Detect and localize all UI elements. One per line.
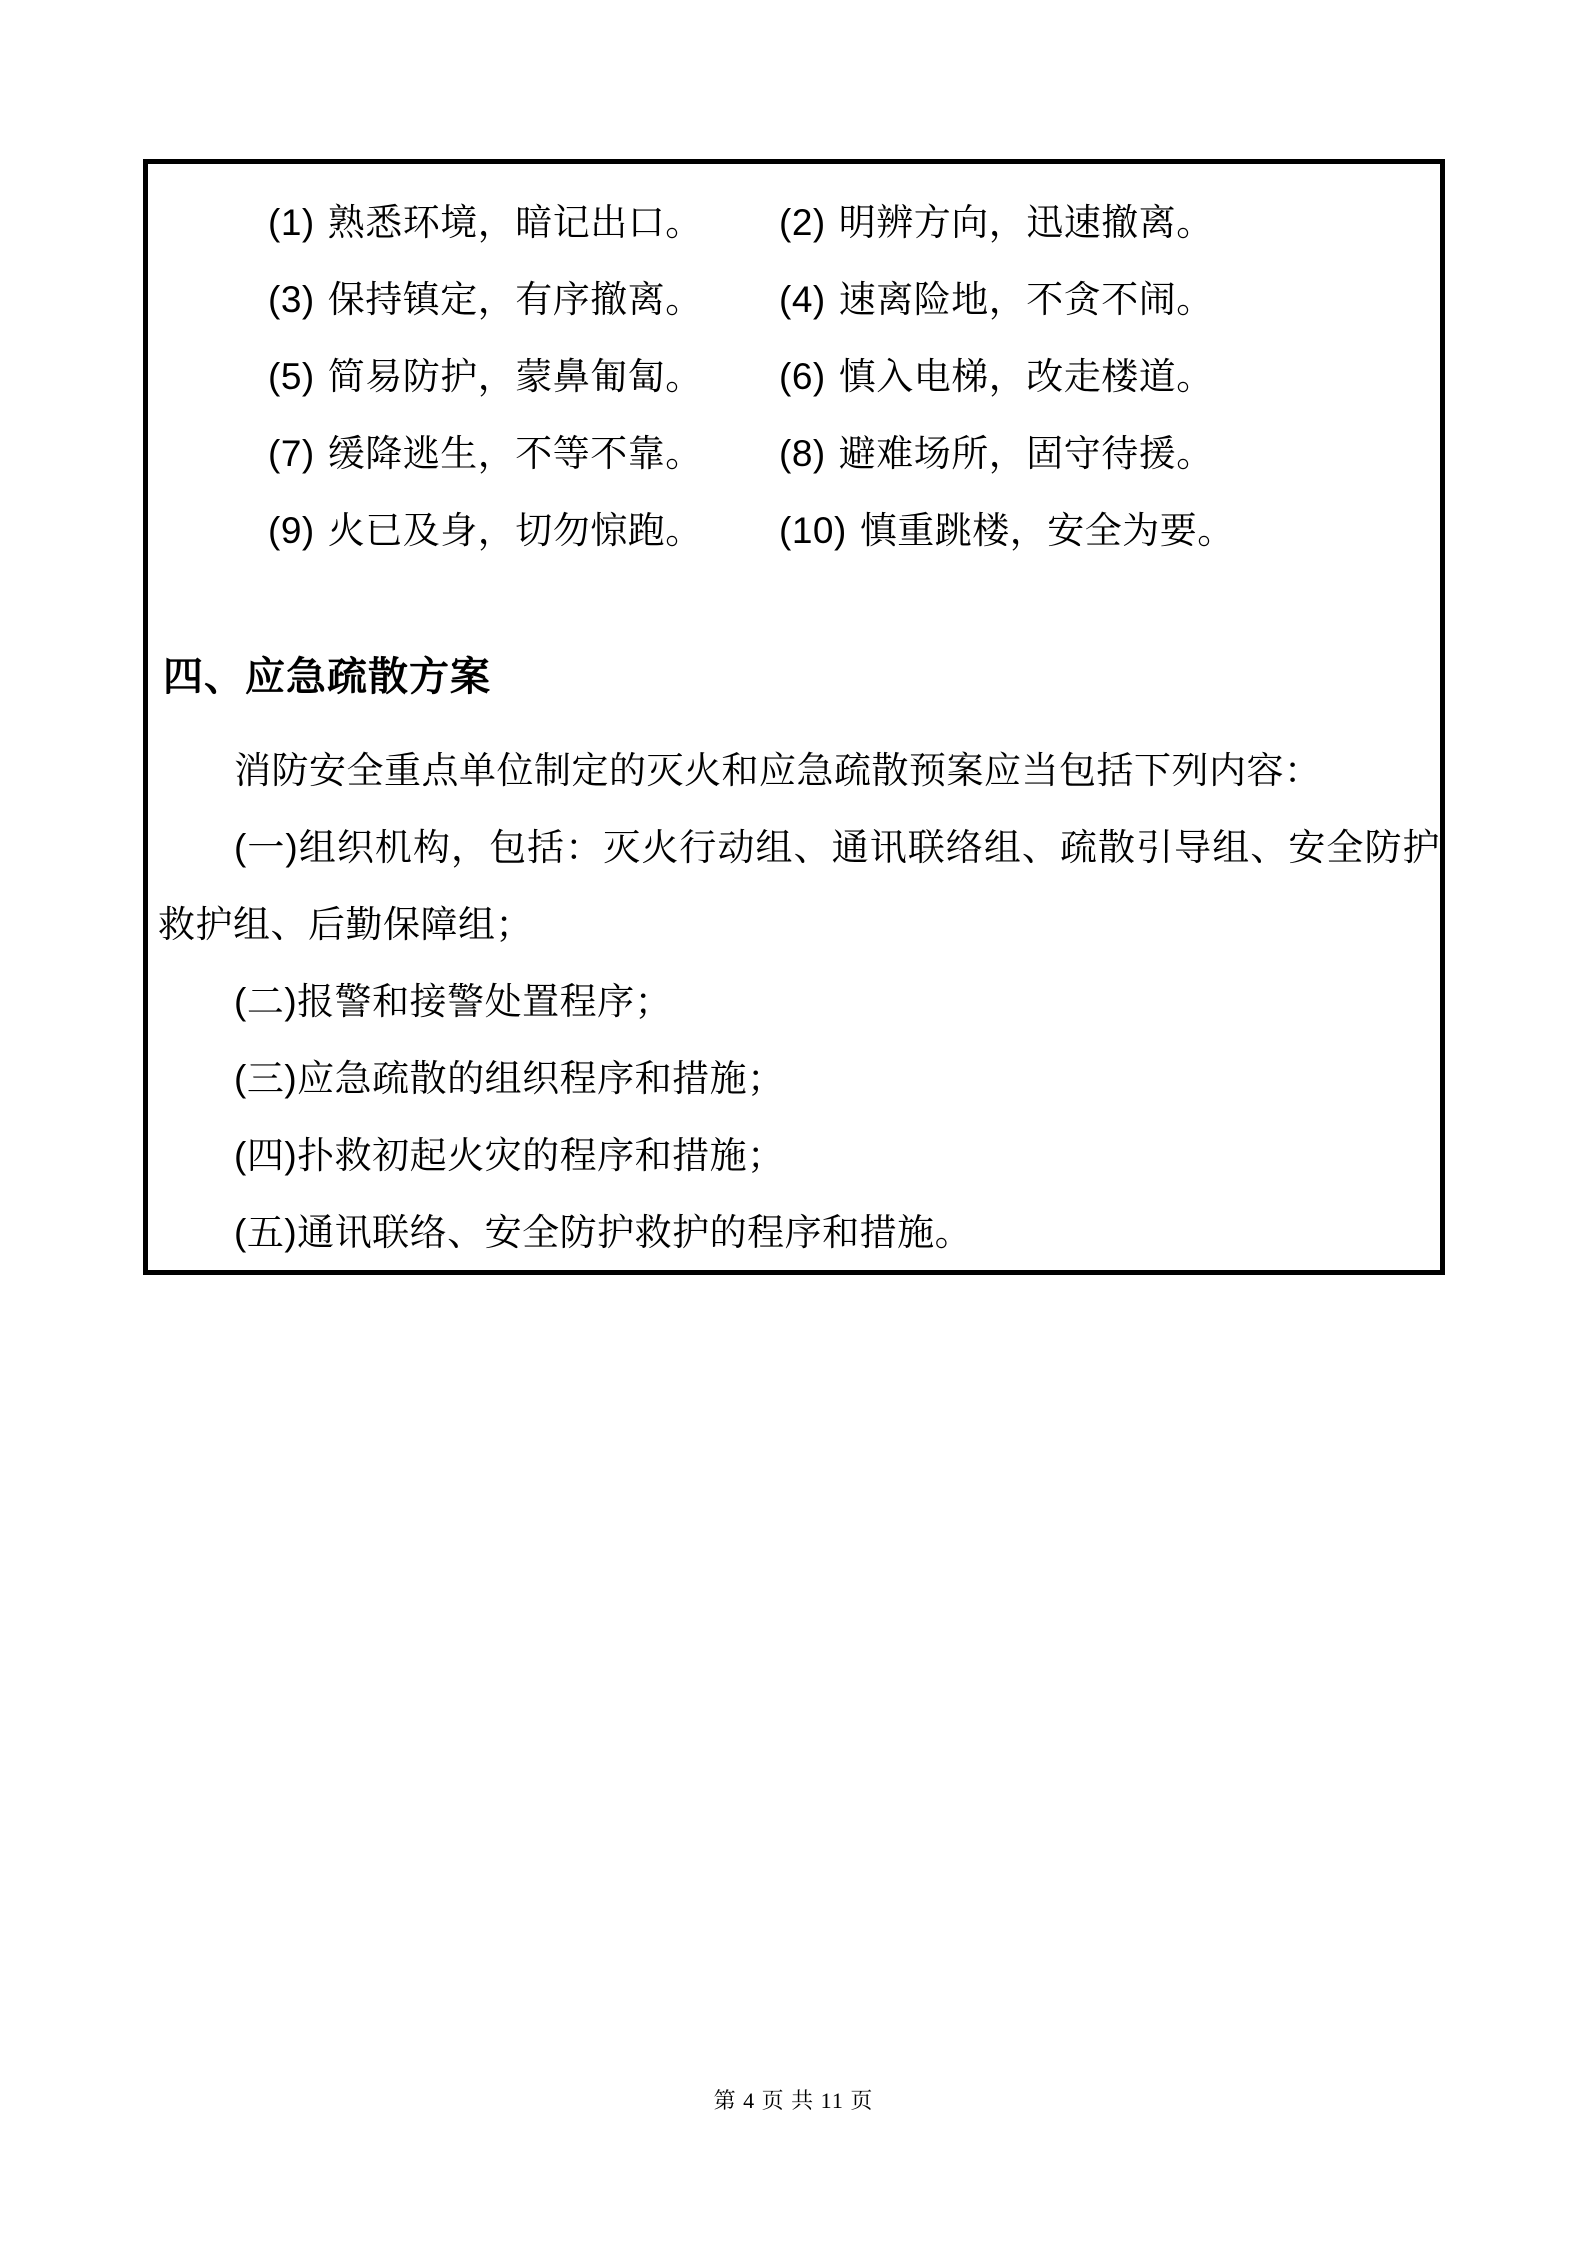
tip-number: (4)	[779, 279, 826, 320]
tip-item: (7)缓降逃生，不等不靠。	[268, 435, 779, 473]
page-number-text: 第 4 页 共 11 页	[714, 2088, 874, 2113]
tip-number: (10)	[779, 510, 847, 551]
tip-text: 明辨方向，迅速撤离。	[839, 202, 1214, 243]
section-line: (二)报警和接警处置程序；	[158, 983, 1440, 1060]
tip-row: (1)熟悉环境，暗记出口。(2)明辨方向，迅速撤离。	[268, 204, 1440, 281]
tip-text: 缓降逃生，不等不靠。	[328, 433, 703, 474]
tip-row: (3)保持镇定，有序撤离。(4)速离险地，不贪不闹。	[268, 281, 1440, 358]
evacuation-tips-list: (1)熟悉环境，暗记出口。(2)明辨方向，迅速撤离。(3)保持镇定，有序撤离。(…	[268, 204, 1440, 589]
tip-text: 慎重跳楼，安全为要。	[860, 510, 1235, 551]
tip-row: (5)简易防护，蒙鼻匍匐。(6)慎入电梯，改走楼道。	[268, 358, 1440, 435]
section-line: (五)通讯联络、安全防护救护的程序和措施。	[158, 1214, 1440, 1291]
tip-text: 保持镇定，有序撤离。	[328, 279, 703, 320]
tip-item: (3)保持镇定，有序撤离。	[268, 281, 779, 319]
tip-item: (8)避难场所，固守待援。	[779, 435, 1440, 473]
section-line: 消防安全重点单位制定的灭火和应急疏散预案应当包括下列内容：	[158, 752, 1440, 829]
page-footer: 第 4 页 共 11 页	[0, 2088, 1587, 2114]
tip-text: 速离险地，不贪不闹。	[839, 279, 1214, 320]
section-line: 救护组、后勤保障组；	[158, 906, 1440, 983]
section-line: (四)扑救初起火灾的程序和措施；	[158, 1137, 1440, 1214]
tip-item: (1)熟悉环境，暗记出口。	[268, 204, 779, 242]
tip-item: (2)明辨方向，迅速撤离。	[779, 204, 1440, 242]
tip-item: (5)简易防护，蒙鼻匍匐。	[268, 358, 779, 396]
tip-number: (2)	[779, 202, 826, 243]
tip-row: (7)缓降逃生，不等不靠。(8)避难场所，固守待援。	[268, 435, 1440, 512]
tip-number: (7)	[268, 433, 315, 474]
tip-text: 简易防护，蒙鼻匍匐。	[328, 356, 703, 397]
section-heading: 四、应急疏散方案	[163, 655, 491, 699]
tip-text: 火已及身，切勿惊跑。	[328, 510, 703, 551]
tip-number: (9)	[268, 510, 315, 551]
tip-text: 避难场所，固守待援。	[839, 433, 1214, 474]
tip-number: (3)	[268, 279, 315, 320]
document-page: (1)熟悉环境，暗记出口。(2)明辨方向，迅速撤离。(3)保持镇定，有序撤离。(…	[0, 0, 1587, 2245]
section-line: (一)组织机构，包括：灭火行动组、通讯联络组、疏散引导组、安全防护	[158, 829, 1440, 906]
fire-safety-content-box: (1)熟悉环境，暗记出口。(2)明辨方向，迅速撤离。(3)保持镇定，有序撤离。(…	[143, 159, 1445, 1275]
section-body: 消防安全重点单位制定的灭火和应急疏散预案应当包括下列内容：(一)组织机构，包括：…	[158, 752, 1440, 1291]
tip-item: (4)速离险地，不贪不闹。	[779, 281, 1440, 319]
tip-number: (1)	[268, 202, 315, 243]
tip-item: (10)慎重跳楼，安全为要。	[779, 512, 1440, 550]
section-line: (三)应急疏散的组织程序和措施；	[158, 1060, 1440, 1137]
tip-row: (9)火已及身，切勿惊跑。(10)慎重跳楼，安全为要。	[268, 512, 1440, 589]
tip-text: 熟悉环境，暗记出口。	[328, 202, 703, 243]
tip-number: (5)	[268, 356, 315, 397]
tip-text: 慎入电梯，改走楼道。	[839, 356, 1214, 397]
tip-number: (6)	[779, 356, 826, 397]
tip-number: (8)	[779, 433, 826, 474]
tip-item: (6)慎入电梯，改走楼道。	[779, 358, 1440, 396]
tip-item: (9)火已及身，切勿惊跑。	[268, 512, 779, 550]
